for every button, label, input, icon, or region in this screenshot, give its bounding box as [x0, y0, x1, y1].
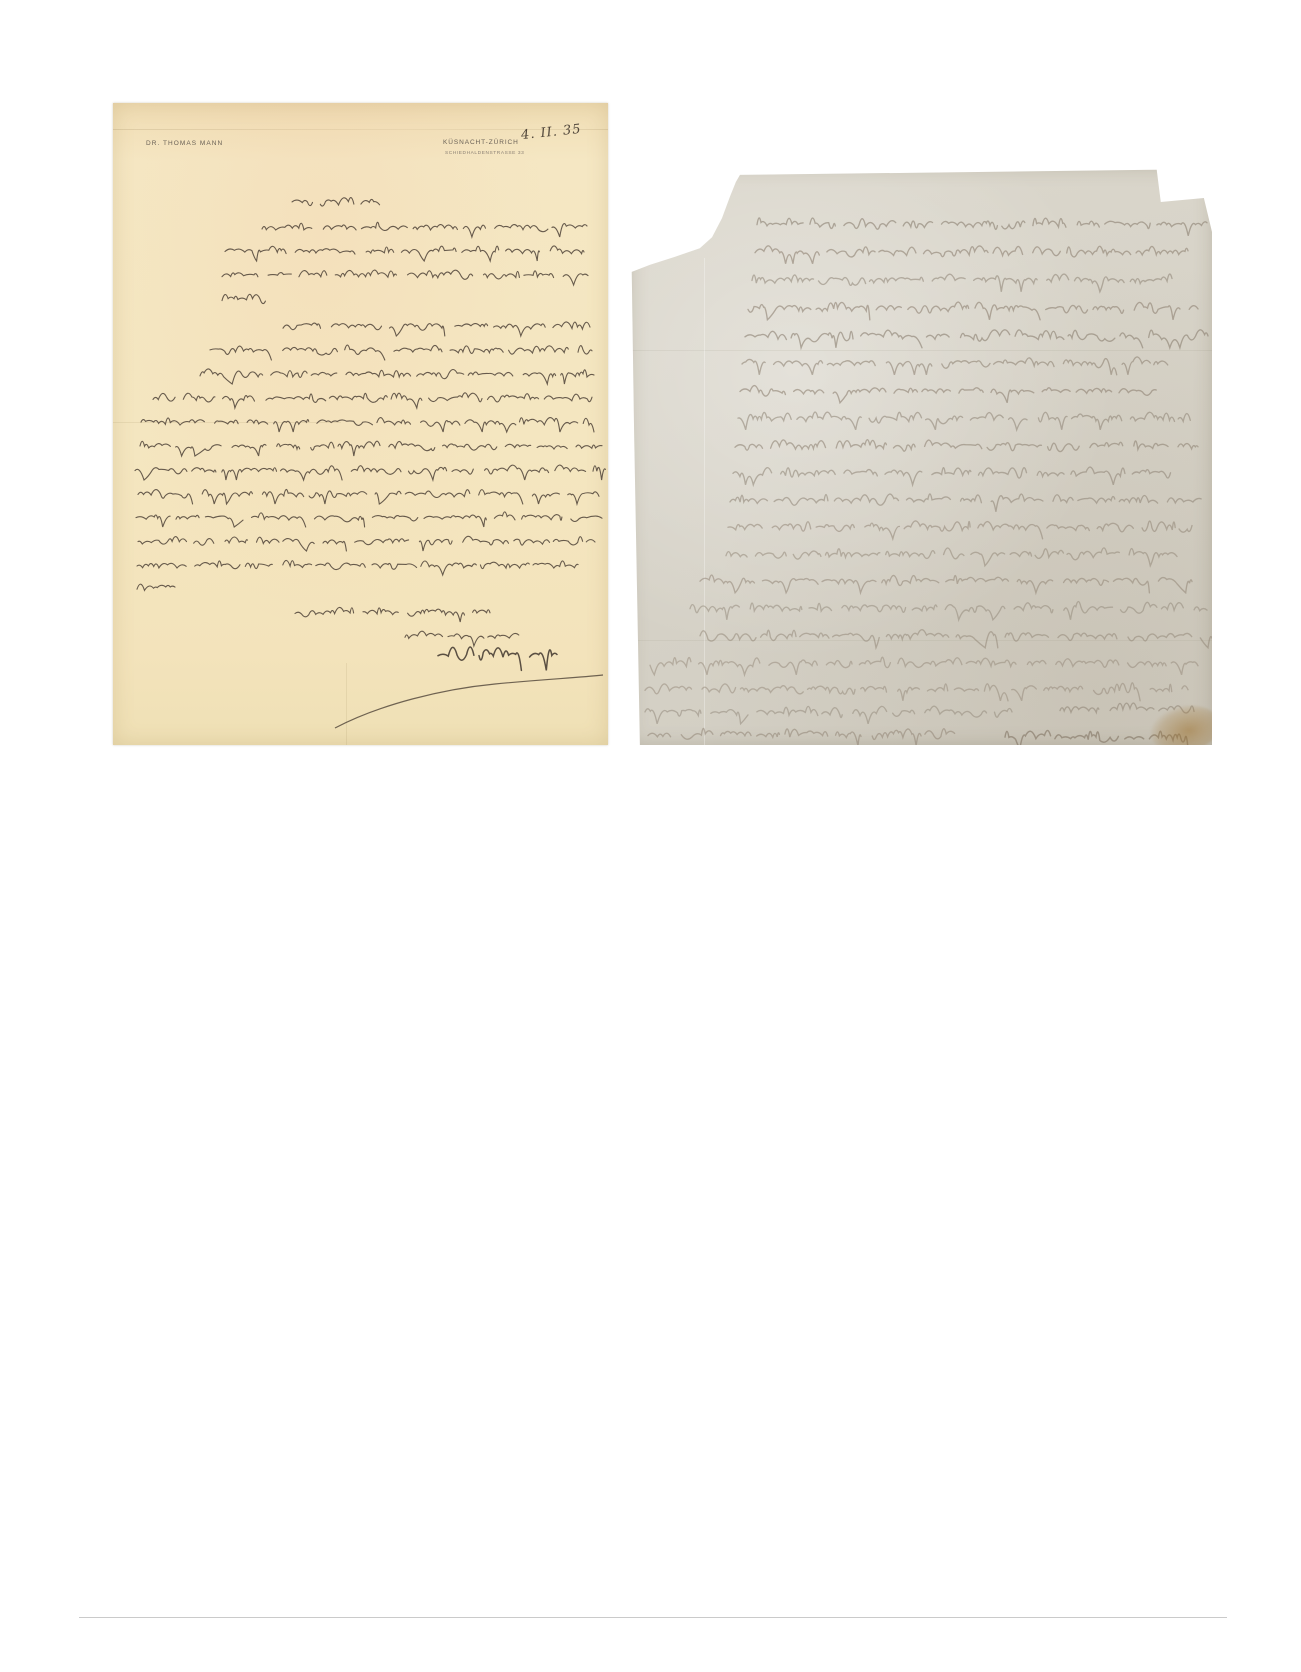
handwriting-line [748, 302, 1198, 320]
handwriting-line [690, 602, 1207, 620]
handwriting-right [630, 168, 1212, 745]
handwriting-line [135, 465, 605, 480]
handwriting-line [752, 274, 1172, 292]
handwriting-line [730, 494, 1201, 512]
signature-flourish [335, 675, 603, 728]
handwriting-line [728, 521, 1192, 539]
handwriting-line [140, 441, 602, 456]
handwriting-line [137, 560, 578, 575]
handwriting-line [138, 536, 595, 551]
handwriting-line [210, 345, 592, 360]
handwriting-line [292, 198, 380, 206]
page-divider [79, 1617, 1227, 1618]
thomas-mann-signature [433, 643, 563, 673]
handwriting-line [733, 467, 1171, 485]
handwriting-line [283, 322, 590, 336]
handwriting-line [137, 584, 175, 590]
handwriting-line [295, 607, 490, 622]
handwriting-line [740, 386, 1156, 403]
handwriting-line [648, 728, 955, 745]
handwriting-line [225, 246, 584, 261]
handwriting-line [200, 369, 594, 384]
handwriting-line [700, 630, 1212, 648]
handwriting-line [738, 412, 1190, 430]
handwriting-line [742, 357, 1168, 375]
handwriting-line [138, 489, 599, 504]
handwriting-line [262, 222, 587, 237]
handwriting-line [645, 706, 1012, 724]
handwriting-line [735, 440, 1198, 452]
handwriting-line [645, 683, 1188, 701]
handwriting-line [136, 512, 602, 527]
handwriting-line [745, 330, 1208, 348]
handwriting-line [153, 393, 592, 408]
handwriting-line [650, 657, 1198, 675]
handwriting-line [757, 218, 1207, 236]
handwriting-line [141, 418, 594, 432]
french-manuscript-letter [630, 168, 1212, 745]
handwriting-line [726, 548, 1177, 566]
handwriting-line [222, 294, 265, 303]
thomas-mann-letter: DR. THOMAS MANN KÜSNACHT-ZÜRICH SCHIEDHA… [113, 103, 608, 745]
handwriting-line [700, 575, 1192, 593]
handwriting-line [222, 270, 588, 285]
page: DR. THOMAS MANN KÜSNACHT-ZÜRICH SCHIEDHA… [0, 0, 1301, 1672]
handwriting-line [755, 246, 1188, 264]
